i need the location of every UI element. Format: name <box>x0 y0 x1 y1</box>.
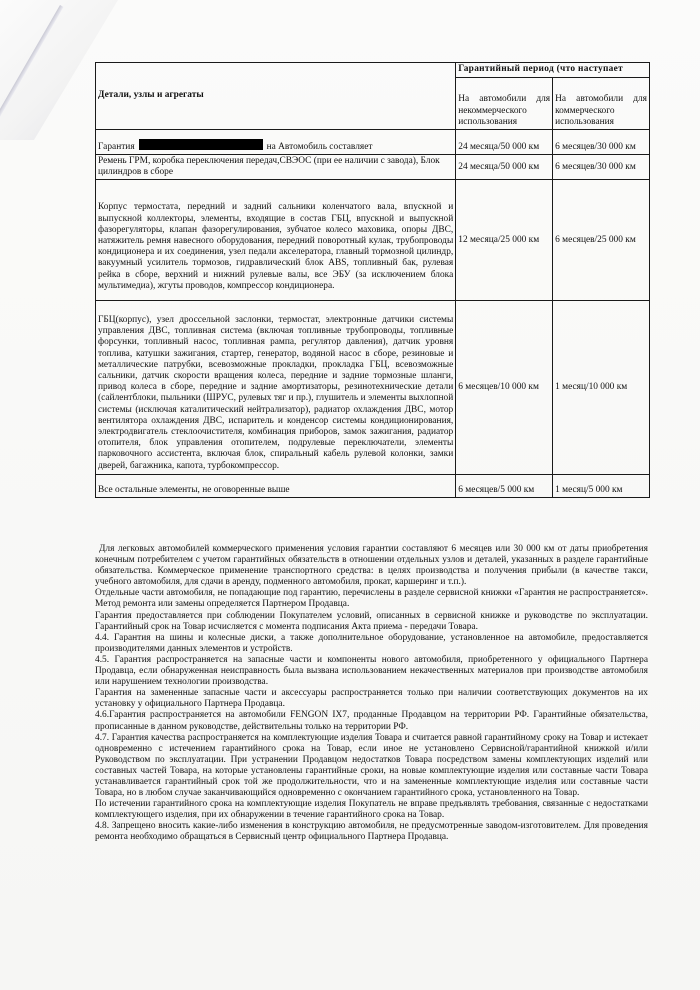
header-warranty-period: Гарантийный период (что наступает <box>456 63 650 78</box>
part-prefix: Гарантия <box>98 142 135 152</box>
redacted-block <box>139 139 263 150</box>
table-header-row: Детали, узлы и агрегаты Гарантийный пери… <box>96 63 650 78</box>
warranty-notes: Для легковых автомобилей коммерческого п… <box>95 544 648 844</box>
noncommercial-cell: 12 месяца/25 000 км <box>456 180 553 301</box>
part-cell: Все остальные элементы, не оговоренные в… <box>96 474 456 497</box>
commercial-cell: 1 месяц/5 000 км <box>553 474 650 497</box>
commercial-cell: 6 месяцев/30 000 км <box>553 130 650 155</box>
header-commercial: На автомобили для коммерческого использо… <box>553 78 650 130</box>
scanned-page: Детали, узлы и агрегаты Гарантийный пери… <box>0 0 700 990</box>
header-parts: Детали, узлы и агрегаты <box>96 63 456 130</box>
part-cell: Ремень ГРМ, коробка переключения передач… <box>96 155 456 180</box>
part-cell: Гарантияна Автомобиль составляет <box>96 130 456 155</box>
note-paragraph: Отдельные части автомобиля, не попадающи… <box>95 588 648 610</box>
note-paragraph: Для легковых автомобилей коммерческого п… <box>95 544 648 588</box>
note-paragraph: По истечении гарантийного срока на компл… <box>95 799 648 821</box>
table-row: Все остальные элементы, не оговоренные в… <box>96 474 650 497</box>
table-row: Ремень ГРМ, коробка переключения передач… <box>96 155 650 180</box>
table-row: Гарантияна Автомобиль составляет 24 меся… <box>96 130 650 155</box>
part-suffix: на Автомобиль составляет <box>267 142 373 152</box>
part-cell: ГБЦ(корпус), узел дроссельной заслонки, … <box>96 301 456 475</box>
note-paragraph: Гарантия на замененные запасные части и … <box>95 688 648 710</box>
commercial-cell: 6 месяцев/30 000 км <box>553 155 650 180</box>
warranty-table: Детали, узлы и агрегаты Гарантийный пери… <box>95 62 650 498</box>
noncommercial-cell: 6 месяцев/10 000 км <box>456 301 553 475</box>
table-row: Корпус термостата, передний и задний сал… <box>96 180 650 301</box>
note-paragraph: Гарантия предоставляется при соблюдении … <box>95 611 648 633</box>
header-noncommercial: На автомобили для некоммерческого исполь… <box>456 78 553 130</box>
note-paragraph: 4.5. Гарантия распространяется на запасн… <box>95 655 648 688</box>
table-row: ГБЦ(корпус), узел дроссельной заслонки, … <box>96 301 650 475</box>
commercial-cell: 6 месяцев/25 000 км <box>553 180 650 301</box>
commercial-cell: 1 месяц/10 000 км <box>553 301 650 475</box>
note-paragraph: 4.4. Гарантия на шины и колесные диски, … <box>95 633 648 655</box>
note-paragraph: 4.8. Запрещено вносить какие-либо измене… <box>95 821 648 843</box>
note-paragraph: 4.7. Гарантия качества распространяется … <box>95 733 648 800</box>
part-cell: Корпус термостата, передний и задний сал… <box>96 180 456 301</box>
note-paragraph: 4.6.Гарантия распространяется на автомоб… <box>95 710 648 732</box>
noncommercial-cell: 24 месяца/50 000 км <box>456 130 553 155</box>
noncommercial-cell: 24 месяца/50 000 км <box>456 155 553 180</box>
noncommercial-cell: 6 месяцев/5 000 км <box>456 474 553 497</box>
